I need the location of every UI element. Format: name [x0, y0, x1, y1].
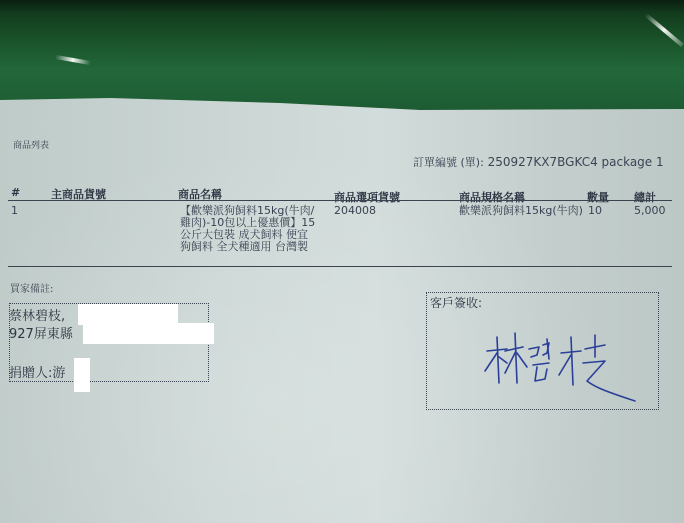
row-quantity: 10 — [588, 205, 602, 217]
row-spec-name: 歡樂派狗飼料15kg(牛肉) — [459, 205, 583, 217]
redaction-block — [74, 358, 90, 392]
order-number: 訂單編號 (單): 250927KX7BGKC4 package 1 — [413, 154, 664, 170]
redaction-block — [83, 323, 214, 344]
row-total: 5,000 — [634, 205, 666, 217]
row-option-sku: 204008 — [334, 205, 376, 217]
header-divider — [8, 200, 672, 201]
light-glare — [55, 55, 91, 65]
header-index: # — [11, 186, 20, 199]
customer-signature-label: 客戶簽收: — [430, 294, 482, 311]
order-number-label: 訂單編號 (單): — [413, 156, 484, 169]
handwritten-signature — [477, 323, 647, 403]
order-number-value: 250927KX7BGKC4 package 1 — [488, 155, 664, 169]
buyer-remarks-label: 買家備註: — [10, 280, 53, 295]
redaction-block — [78, 304, 178, 325]
remarks-address: 927屏東縣 — [9, 323, 73, 342]
customer-signature-box: 客戶簽收: — [426, 292, 659, 410]
header-spec-name: 商品規格名稱 — [459, 189, 525, 205]
product-list-title: 商品列表 — [13, 138, 49, 151]
table-bottom-divider — [8, 266, 672, 267]
header-quantity: 數量 — [587, 189, 609, 205]
row-index: 1 — [11, 205, 18, 217]
light-glare — [644, 13, 683, 47]
remarks-recipient-name: 蔡林碧枝, — [9, 305, 65, 324]
header-option-sku: 商品選項貨號 — [334, 189, 400, 205]
header-total: 總計 — [634, 189, 656, 205]
row-product-name: 【歡樂派狗飼料15kg(牛肉/雞肉)-10包以上優惠價】15公斤大包裝 成犬飼料… — [180, 205, 318, 253]
